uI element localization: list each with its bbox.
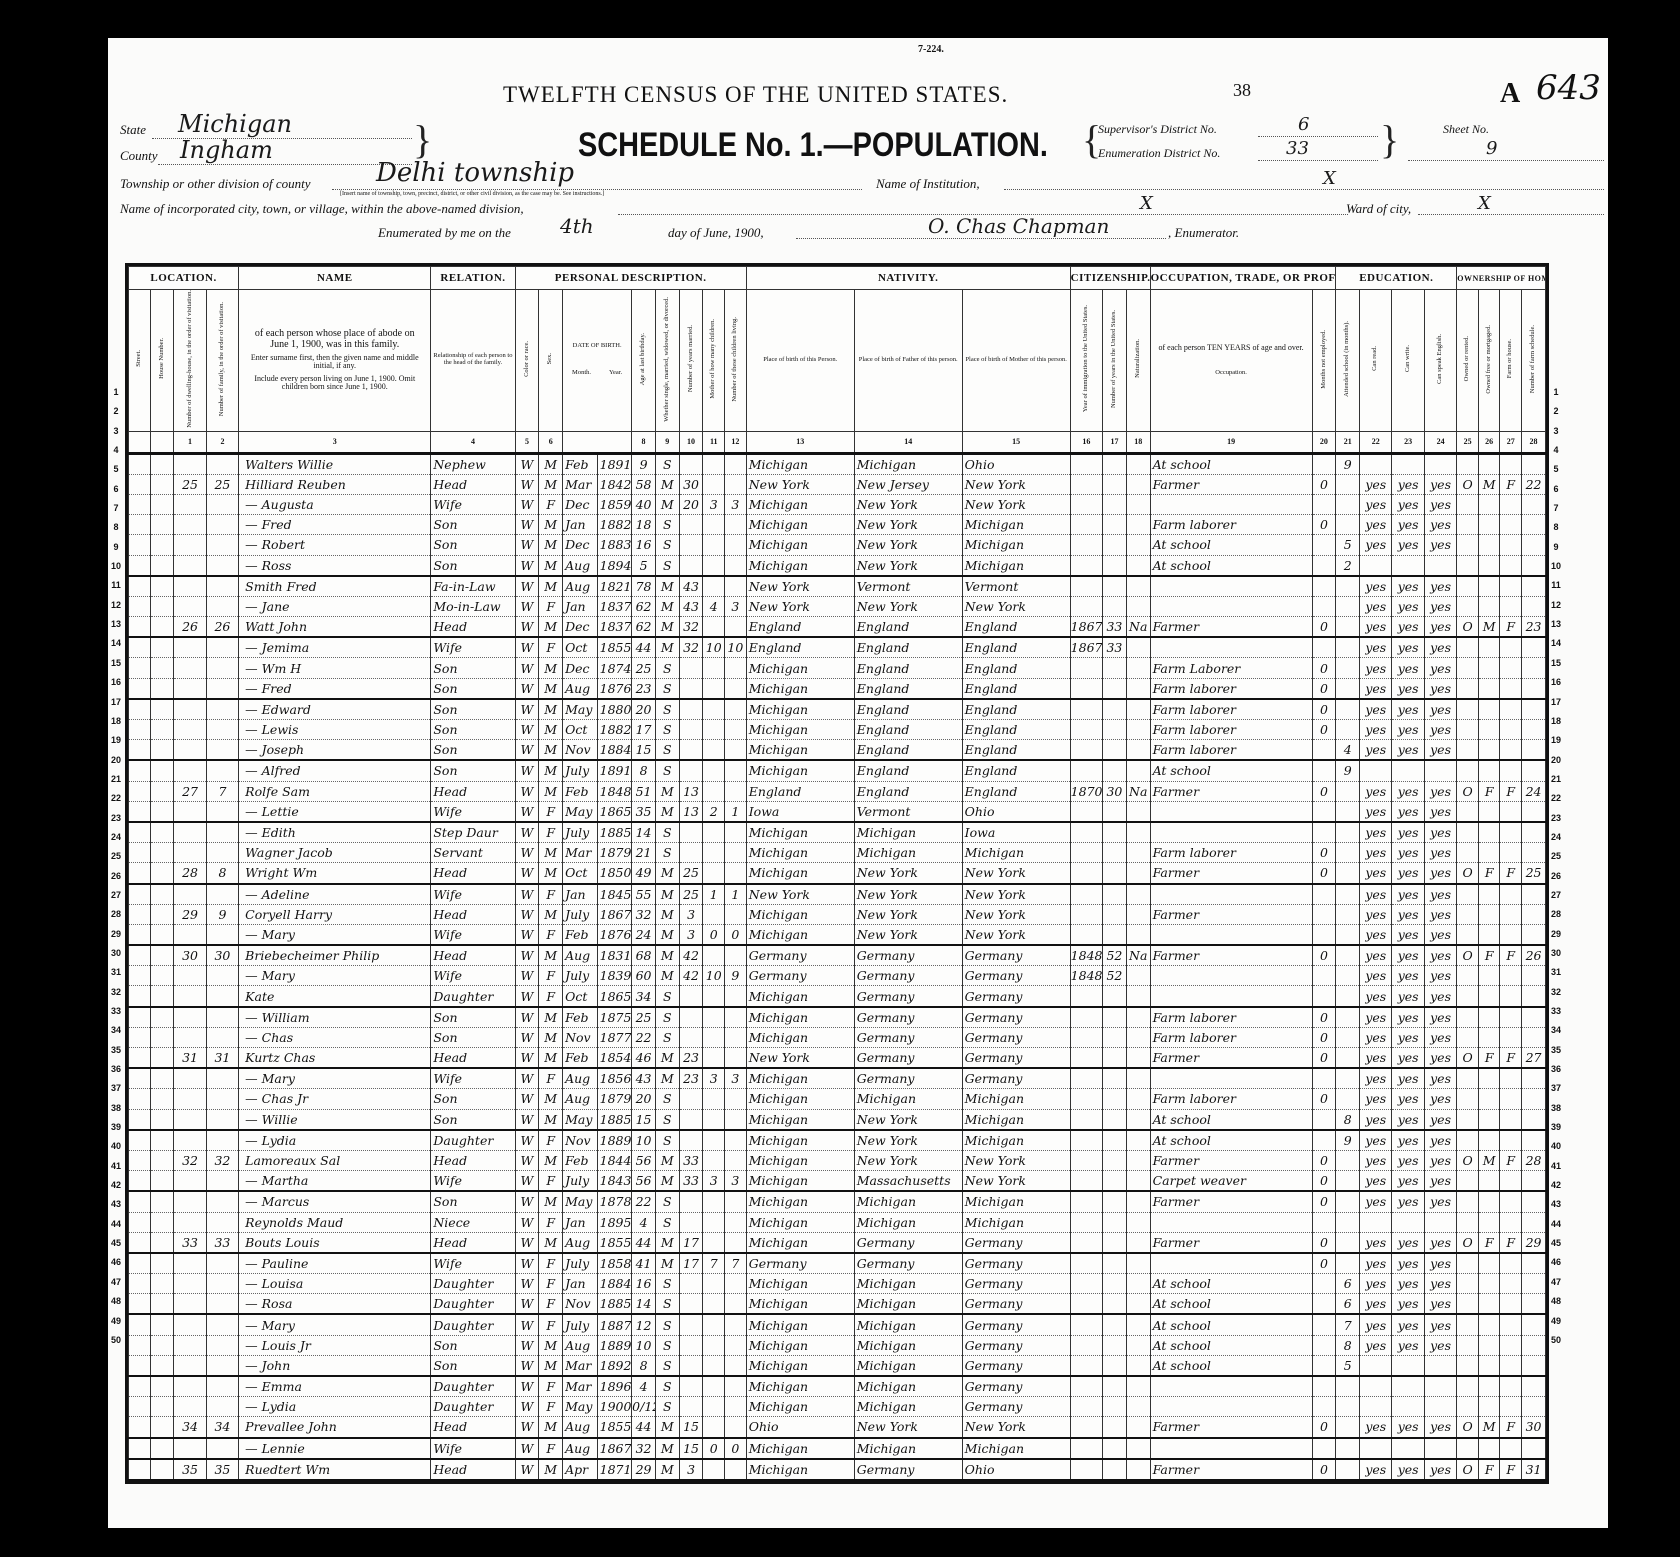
can-read-cell: yes — [1360, 1089, 1392, 1109]
birthplace-mother-cell: England — [962, 720, 1070, 740]
can-speak-english-cell: yes — [1424, 596, 1456, 616]
header-occupation-col: of each person TEN YEARS of age and over… — [1150, 290, 1312, 432]
farm-schedule-cell — [1522, 1191, 1546, 1212]
immigration-year-cell — [1070, 1130, 1102, 1151]
street-cell — [129, 1274, 151, 1294]
street-cell — [129, 1397, 151, 1417]
marital-status-cell: S — [655, 678, 679, 699]
farm-house-cell — [1500, 494, 1522, 514]
can-write-cell — [1392, 453, 1424, 474]
line-number: 42 — [1546, 1176, 1566, 1195]
mother-of-cell — [703, 699, 725, 720]
birth-year-cell: 1887 — [597, 1314, 632, 1335]
dwelling-number-cell — [174, 1253, 206, 1274]
line-number: 31 — [108, 963, 124, 982]
color-cell: W — [515, 494, 539, 514]
table-row: — MaryWifeWFFeb187624M300MichiganNew Yor… — [129, 924, 1546, 945]
family-number-cell — [206, 740, 238, 761]
birthplace-person-cell: Michigan — [746, 555, 854, 576]
months-unemployed-cell: 0 — [1312, 1253, 1336, 1274]
birthplace-father-cell: New York — [854, 1417, 962, 1438]
birthplace-person-cell: Michigan — [746, 720, 854, 740]
birth-year-cell: 1877 — [597, 1027, 632, 1047]
school-months-cell — [1336, 1232, 1360, 1253]
occupation-cell — [1150, 986, 1312, 1007]
years-in-us-cell — [1103, 699, 1127, 720]
color-cell: W — [515, 637, 539, 658]
months-unemployed-cell — [1312, 1294, 1336, 1315]
immigration-year-cell — [1070, 1459, 1102, 1480]
person-name-cell: — Fred — [239, 515, 431, 535]
family-number-cell — [206, 1068, 238, 1089]
can-read-cell: yes — [1360, 904, 1392, 924]
birthplace-father-cell: Michigan — [854, 843, 962, 863]
header-free-mortgaged: Owned free or mortgaged. — [1478, 290, 1500, 432]
header-house-number: House Number. — [150, 290, 174, 432]
birthplace-mother-cell: Michigan — [962, 515, 1070, 535]
mother-of-cell: 10 — [703, 637, 725, 658]
relation-cell: Son — [431, 658, 515, 678]
person-name-cell: — Wm H — [239, 658, 431, 678]
mother-of-cell: 10 — [703, 966, 725, 986]
header-birth-father: Place of birth of Father of this person. — [854, 290, 962, 432]
owned-rented-cell — [1457, 1171, 1479, 1192]
can-read-cell — [1360, 1355, 1392, 1376]
marital-status-cell: M — [655, 904, 679, 924]
color-cell: W — [515, 720, 539, 740]
mother-of-cell — [703, 1397, 725, 1417]
column-number: 11 — [703, 431, 725, 453]
birthplace-mother-cell: England — [962, 658, 1070, 678]
months-unemployed-cell: 0 — [1312, 1048, 1336, 1069]
dwelling-number-cell — [174, 1007, 206, 1028]
can-read-cell — [1360, 1212, 1392, 1232]
months-unemployed-cell: 0 — [1312, 781, 1336, 801]
birth-year-cell: 1839 — [597, 966, 632, 986]
mother-of-cell — [703, 843, 725, 863]
mother-of-cell — [703, 781, 725, 801]
naturalization-cell — [1126, 1089, 1150, 1109]
farm-schedule-cell — [1522, 843, 1546, 863]
person-name-cell: — John — [239, 1355, 431, 1376]
line-number: 41 — [1546, 1157, 1566, 1176]
birth-month-cell: Oct — [563, 637, 598, 658]
family-number-cell — [206, 678, 238, 699]
header-mother-of: Mother of how many children. — [703, 290, 725, 432]
person-name-cell: — Lettie — [239, 801, 431, 822]
age-cell: 49 — [632, 863, 656, 884]
family-number-cell: 7 — [206, 781, 238, 801]
family-number-cell: 9 — [206, 904, 238, 924]
owned-rented-cell — [1457, 576, 1479, 597]
house-number-cell — [150, 1048, 174, 1069]
months-unemployed-cell: 0 — [1312, 1232, 1336, 1253]
years-married-cell — [679, 699, 703, 720]
school-months-cell — [1336, 1397, 1360, 1417]
sex-cell: M — [539, 617, 563, 638]
age-cell: 8 — [632, 760, 656, 781]
person-name-cell: — Lennie — [239, 1438, 431, 1459]
farm-schedule-cell — [1522, 1212, 1546, 1232]
years-married-cell: 17 — [679, 1232, 703, 1253]
table-row: 288Wright WmHeadWMOct185049M25MichiganNe… — [129, 863, 1546, 884]
street-cell — [129, 596, 151, 616]
owned-rented-cell — [1457, 678, 1479, 699]
line-number: 19 — [1546, 731, 1566, 750]
header-sex: Sex. — [539, 290, 563, 432]
street-cell — [129, 658, 151, 678]
line-number: 25 — [1546, 847, 1566, 866]
line-number: 10 — [1546, 557, 1566, 576]
school-months-cell: 8 — [1336, 1335, 1360, 1355]
naturalization-cell — [1126, 1068, 1150, 1089]
line-number: 3 — [108, 422, 124, 441]
sex-cell: F — [539, 1212, 563, 1232]
months-unemployed-cell: 0 — [1312, 945, 1336, 966]
naturalization-cell — [1126, 1397, 1150, 1417]
relation-cell: Wife — [431, 637, 515, 658]
naturalization-cell — [1126, 474, 1150, 494]
header-birth-mother: Place of birth of Mother of this person. — [962, 290, 1070, 432]
dwelling-number-cell — [174, 801, 206, 822]
years-married-cell — [679, 453, 703, 474]
color-cell: W — [515, 1417, 539, 1438]
street-cell — [129, 576, 151, 597]
birthplace-mother-cell: England — [962, 781, 1070, 801]
immigration-year-cell — [1070, 822, 1102, 843]
mother-of-cell: 2 — [703, 801, 725, 822]
dwelling-number-cell — [174, 515, 206, 535]
farm-schedule-cell — [1522, 986, 1546, 1007]
years-married-cell — [679, 740, 703, 761]
age-cell: 40 — [632, 494, 656, 514]
dwelling-number-cell — [174, 760, 206, 781]
can-speak-english-cell: yes — [1424, 966, 1456, 986]
can-write-cell: yes — [1392, 801, 1424, 822]
column-number: 15 — [962, 431, 1070, 453]
years-married-cell: 17 — [679, 1253, 703, 1274]
school-months-cell — [1336, 699, 1360, 720]
free-mortgaged-cell: F — [1478, 1232, 1500, 1253]
dwelling-number-cell: 35 — [174, 1459, 206, 1480]
person-name-cell: — Chas Jr — [239, 1089, 431, 1109]
can-write-cell: yes — [1392, 535, 1424, 555]
naturalization-cell — [1126, 740, 1150, 761]
relation-cell: Wife — [431, 1438, 515, 1459]
birth-year-cell: 1837 — [597, 596, 632, 616]
birthplace-father-cell: Germany — [854, 966, 962, 986]
immigration-year-cell — [1070, 1417, 1102, 1438]
owned-rented-cell — [1457, 515, 1479, 535]
children-living-cell — [725, 781, 747, 801]
column-number: 8 — [632, 431, 656, 453]
immigration-year-cell — [1070, 678, 1102, 699]
column-number: 6 — [539, 431, 563, 453]
years-married-cell — [679, 1397, 703, 1417]
children-living-cell — [725, 1274, 747, 1294]
marital-status-cell: M — [655, 966, 679, 986]
house-number-cell — [150, 801, 174, 822]
table-row: 277Rolfe SamHeadWMFeb184851M13EnglandEng… — [129, 781, 1546, 801]
person-name-cell: — Louisa — [239, 1274, 431, 1294]
sex-cell: F — [539, 1376, 563, 1397]
color-cell: W — [515, 1171, 539, 1192]
years-in-us-cell — [1103, 555, 1127, 576]
birth-month-cell: May — [563, 1191, 598, 1212]
farm-house-cell — [1500, 576, 1522, 597]
marital-status-cell: S — [655, 1397, 679, 1417]
naturalization-cell — [1126, 986, 1150, 1007]
naturalization-cell — [1126, 1253, 1150, 1274]
age-cell: 62 — [632, 617, 656, 638]
years-married-cell — [679, 555, 703, 576]
birthplace-person-cell: Michigan — [746, 1376, 854, 1397]
owned-rented-cell — [1457, 1253, 1479, 1274]
farm-house-cell — [1500, 1109, 1522, 1130]
birth-month-cell: Mar — [563, 474, 598, 494]
age-cell: 35 — [632, 801, 656, 822]
can-speak-english-cell: yes — [1424, 1335, 1456, 1355]
table-row: 3434Prevallee JohnHeadWMAug185544M15Ohio… — [129, 1417, 1546, 1438]
immigration-year-cell — [1070, 1274, 1102, 1294]
occupation-cell: At school — [1150, 1274, 1312, 1294]
line-number: 20 — [108, 751, 124, 770]
years-married-cell — [679, 1191, 703, 1212]
line-number: 50 — [1546, 1331, 1566, 1350]
birth-month-cell: Jan — [563, 1274, 598, 1294]
page-code: 38 — [1233, 80, 1251, 101]
table-row: 3535Ruedtert WmHeadWMApr187129M3Michigan… — [129, 1459, 1546, 1480]
free-mortgaged-cell — [1478, 966, 1500, 986]
can-read-cell: yes — [1360, 699, 1392, 720]
birth-year-cell: 1843 — [597, 1171, 632, 1192]
immigration-year-cell — [1070, 699, 1102, 720]
family-number-cell — [206, 924, 238, 945]
dwelling-number-cell — [174, 453, 206, 474]
line-number: 2 — [1546, 402, 1566, 421]
sex-cell: M — [539, 1109, 563, 1130]
incorporated-value: X — [1140, 193, 1153, 214]
years-married-cell: 33 — [679, 1171, 703, 1192]
children-living-cell: 10 — [725, 637, 747, 658]
can-write-cell: yes — [1392, 740, 1424, 761]
birth-month-cell: Nov — [563, 1294, 598, 1315]
header-age: Age at last birthday. — [632, 290, 656, 432]
occupation-cell: Farmer — [1150, 617, 1312, 638]
mother-of-cell — [703, 1191, 725, 1212]
years-in-us-cell — [1103, 1150, 1127, 1170]
can-write-cell: yes — [1392, 986, 1424, 1007]
dwelling-number-cell: 31 — [174, 1048, 206, 1069]
birthplace-person-cell: Michigan — [746, 535, 854, 555]
sex-cell: M — [539, 863, 563, 884]
age-cell: 44 — [632, 1417, 656, 1438]
years-married-cell — [679, 1294, 703, 1315]
immigration-year-cell: 1848 — [1070, 966, 1102, 986]
street-cell — [129, 843, 151, 863]
header-children-living: Number of these children living. — [725, 290, 747, 432]
color-cell: W — [515, 453, 539, 474]
house-number-cell — [150, 617, 174, 638]
can-speak-english-cell: yes — [1424, 945, 1456, 966]
column-number: 25 — [1457, 431, 1479, 453]
line-number: 16 — [108, 673, 124, 692]
line-number: 37 — [1546, 1079, 1566, 1098]
column-number — [563, 431, 632, 453]
farm-schedule-cell: 22 — [1522, 474, 1546, 494]
township-value: Delhi township — [376, 158, 574, 188]
immigration-year-cell — [1070, 515, 1102, 535]
column-number: 5 — [515, 431, 539, 453]
birth-month-cell: Aug — [563, 1068, 598, 1089]
marital-status-cell: M — [655, 884, 679, 905]
free-mortgaged-cell — [1478, 555, 1500, 576]
birthplace-father-cell: Michigan — [854, 1438, 962, 1459]
line-number: 43 — [1546, 1195, 1566, 1214]
immigration-year-cell — [1070, 1335, 1102, 1355]
marital-status-cell: S — [655, 555, 679, 576]
farm-house-cell — [1500, 843, 1522, 863]
owned-rented-cell — [1457, 966, 1479, 986]
marital-status-cell: S — [655, 1130, 679, 1151]
children-living-cell: 3 — [725, 1068, 747, 1089]
birthplace-father-cell: England — [854, 617, 962, 638]
line-number: 20 — [1546, 751, 1566, 770]
immigration-year-cell — [1070, 1171, 1102, 1192]
family-number-cell: 35 — [206, 1459, 238, 1480]
naturalization-cell — [1126, 1027, 1150, 1047]
relation-cell: Fa-in-Law — [431, 576, 515, 597]
street-cell — [129, 699, 151, 720]
column-number: 4 — [431, 431, 515, 453]
marital-status-cell: S — [655, 1212, 679, 1232]
birth-month-cell: Aug — [563, 576, 598, 597]
dwelling-number-cell — [174, 576, 206, 597]
institution-line — [1004, 189, 1604, 190]
can-write-cell — [1392, 555, 1424, 576]
house-number-cell — [150, 1438, 174, 1459]
color-cell: W — [515, 678, 539, 699]
birthplace-person-cell: Michigan — [746, 1171, 854, 1192]
line-number: 13 — [108, 615, 124, 634]
farm-schedule-cell: 27 — [1522, 1048, 1546, 1069]
farm-house-cell — [1500, 740, 1522, 761]
months-unemployed-cell: 0 — [1312, 678, 1336, 699]
birth-month-cell: Feb — [563, 781, 598, 801]
header-street: Street. — [129, 290, 151, 432]
person-name-cell: — Mary — [239, 924, 431, 945]
birthplace-mother-cell: England — [962, 740, 1070, 761]
birthplace-father-cell: Michigan — [854, 1335, 962, 1355]
marital-status-cell: M — [655, 801, 679, 822]
relation-cell: Head — [431, 1417, 515, 1438]
township-note: [Insert name of township, town, precinct… — [340, 191, 604, 197]
birthplace-mother-cell: Germany — [962, 966, 1070, 986]
sex-cell: M — [539, 555, 563, 576]
age-cell: 62 — [632, 596, 656, 616]
table-row: — LewisSonWMOct188217SMichiganEnglandEng… — [129, 720, 1546, 740]
column-number: 18 — [1126, 431, 1150, 453]
free-mortgaged-cell — [1478, 1355, 1500, 1376]
can-read-cell: yes — [1360, 843, 1392, 863]
line-number: 45 — [1546, 1234, 1566, 1253]
sex-cell: F — [539, 1314, 563, 1335]
table-row: Reynolds MaudNieceWFJan18954SMichiganMic… — [129, 1212, 1546, 1232]
house-number-cell — [150, 535, 174, 555]
age-cell: 58 — [632, 474, 656, 494]
farm-schedule-cell — [1522, 904, 1546, 924]
birthplace-mother-cell: Michigan — [962, 555, 1070, 576]
farm-house-cell — [1500, 1130, 1522, 1151]
months-unemployed-cell — [1312, 453, 1336, 474]
occupation-cell: At school — [1150, 760, 1312, 781]
naturalization-cell — [1126, 1294, 1150, 1315]
farm-house-cell — [1500, 1171, 1522, 1192]
color-cell: W — [515, 760, 539, 781]
birthplace-mother-cell: New York — [962, 474, 1070, 494]
birth-month-cell: July — [563, 1314, 598, 1335]
can-write-cell: yes — [1392, 1191, 1424, 1212]
dwelling-number-cell — [174, 596, 206, 616]
house-number-cell — [150, 1171, 174, 1192]
children-living-cell — [725, 474, 747, 494]
header-owned-rented: Owned or rented. — [1457, 290, 1479, 432]
mother-of-cell — [703, 1150, 725, 1170]
can-speak-english-cell: yes — [1424, 822, 1456, 843]
marital-status-cell: M — [655, 1068, 679, 1089]
months-unemployed-cell: 0 — [1312, 1171, 1336, 1192]
dwelling-number-cell — [174, 924, 206, 945]
can-read-cell: yes — [1360, 1068, 1392, 1089]
street-cell — [129, 678, 151, 699]
children-living-cell — [725, 658, 747, 678]
birth-year-cell: 1865 — [597, 986, 632, 1007]
enumeration-label: Enumeration District No. — [1098, 146, 1220, 161]
person-name-cell: Briebecheimer Philip — [239, 945, 431, 966]
can-speak-english-cell: yes — [1424, 904, 1456, 924]
family-number-cell — [206, 1253, 238, 1274]
mother-of-cell: 3 — [703, 1068, 725, 1089]
line-number: 29 — [108, 925, 124, 944]
owned-rented-cell — [1457, 1130, 1479, 1151]
naturalization-cell: Na — [1126, 945, 1150, 966]
relation-cell: Wife — [431, 1068, 515, 1089]
house-number-cell — [150, 1335, 174, 1355]
line-number: 50 — [108, 1331, 124, 1350]
years-in-us-cell — [1103, 453, 1127, 474]
can-read-cell: yes — [1360, 1274, 1392, 1294]
dwelling-number-cell — [174, 1027, 206, 1047]
family-number-cell — [206, 1438, 238, 1459]
marital-status-cell: M — [655, 637, 679, 658]
column-number: 24 — [1424, 431, 1456, 453]
birthplace-person-cell: Michigan — [746, 515, 854, 535]
birthplace-mother-cell: Germany — [962, 986, 1070, 1007]
years-in-us-cell — [1103, 884, 1127, 905]
school-months-cell — [1336, 596, 1360, 616]
farm-schedule-cell — [1522, 699, 1546, 720]
can-read-cell: yes — [1360, 1150, 1392, 1170]
can-read-cell: yes — [1360, 1171, 1392, 1192]
occupation-cell: Farmer — [1150, 474, 1312, 494]
relation-cell: Head — [431, 474, 515, 494]
family-number-cell — [206, 1171, 238, 1192]
birthplace-father-cell: Germany — [854, 986, 962, 1007]
years-in-us-cell — [1103, 904, 1127, 924]
age-cell: 15 — [632, 740, 656, 761]
dwelling-number-cell — [174, 1068, 206, 1089]
line-number: 40 — [1546, 1137, 1566, 1156]
